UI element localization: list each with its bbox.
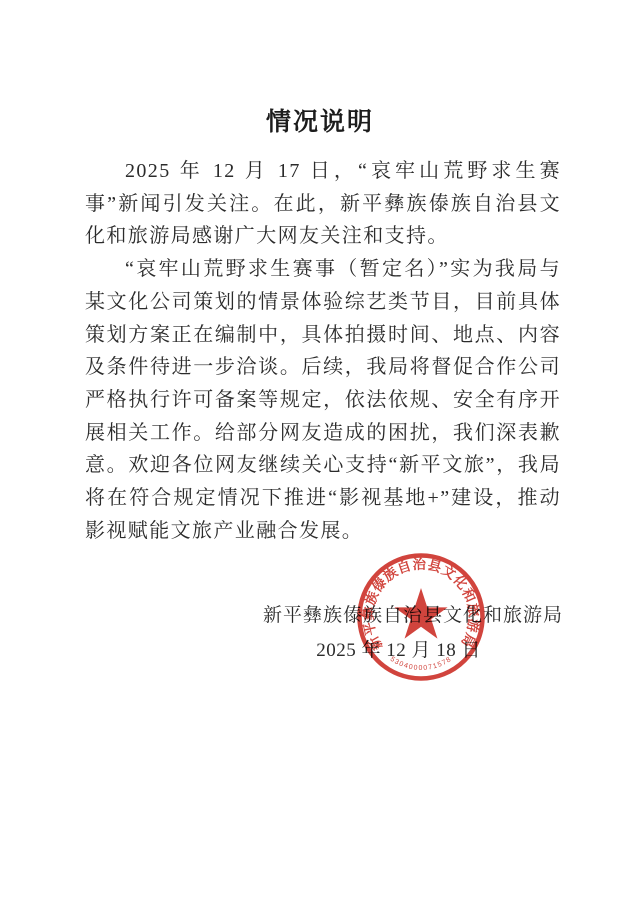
paragraph-explanation: “哀牢山荒野求生赛事（暂定名）”实为我局与某文化公司策划的情景体验综艺类节目，目…	[85, 253, 561, 547]
seal-star-icon	[394, 588, 447, 639]
document-body: 2025 年 12 月 17 日，“哀牢山荒野求生赛事”新闻引发关注。在此，新平…	[85, 155, 561, 547]
official-seal: 新平彝族傣族自治县文化和旅游局 5304000071578	[354, 550, 488, 684]
seal-serial-code: 5304000071578	[389, 656, 453, 672]
document-page: 情况说明 2025 年 12 月 17 日，“哀牢山荒野求生赛事”新闻引发关注。…	[0, 0, 640, 905]
svg-text:5304000071578: 5304000071578	[389, 656, 453, 672]
paragraph-intro: 2025 年 12 月 17 日，“哀牢山荒野求生赛事”新闻引发关注。在此，新平…	[85, 155, 561, 253]
page-title: 情况说明	[0, 102, 640, 138]
